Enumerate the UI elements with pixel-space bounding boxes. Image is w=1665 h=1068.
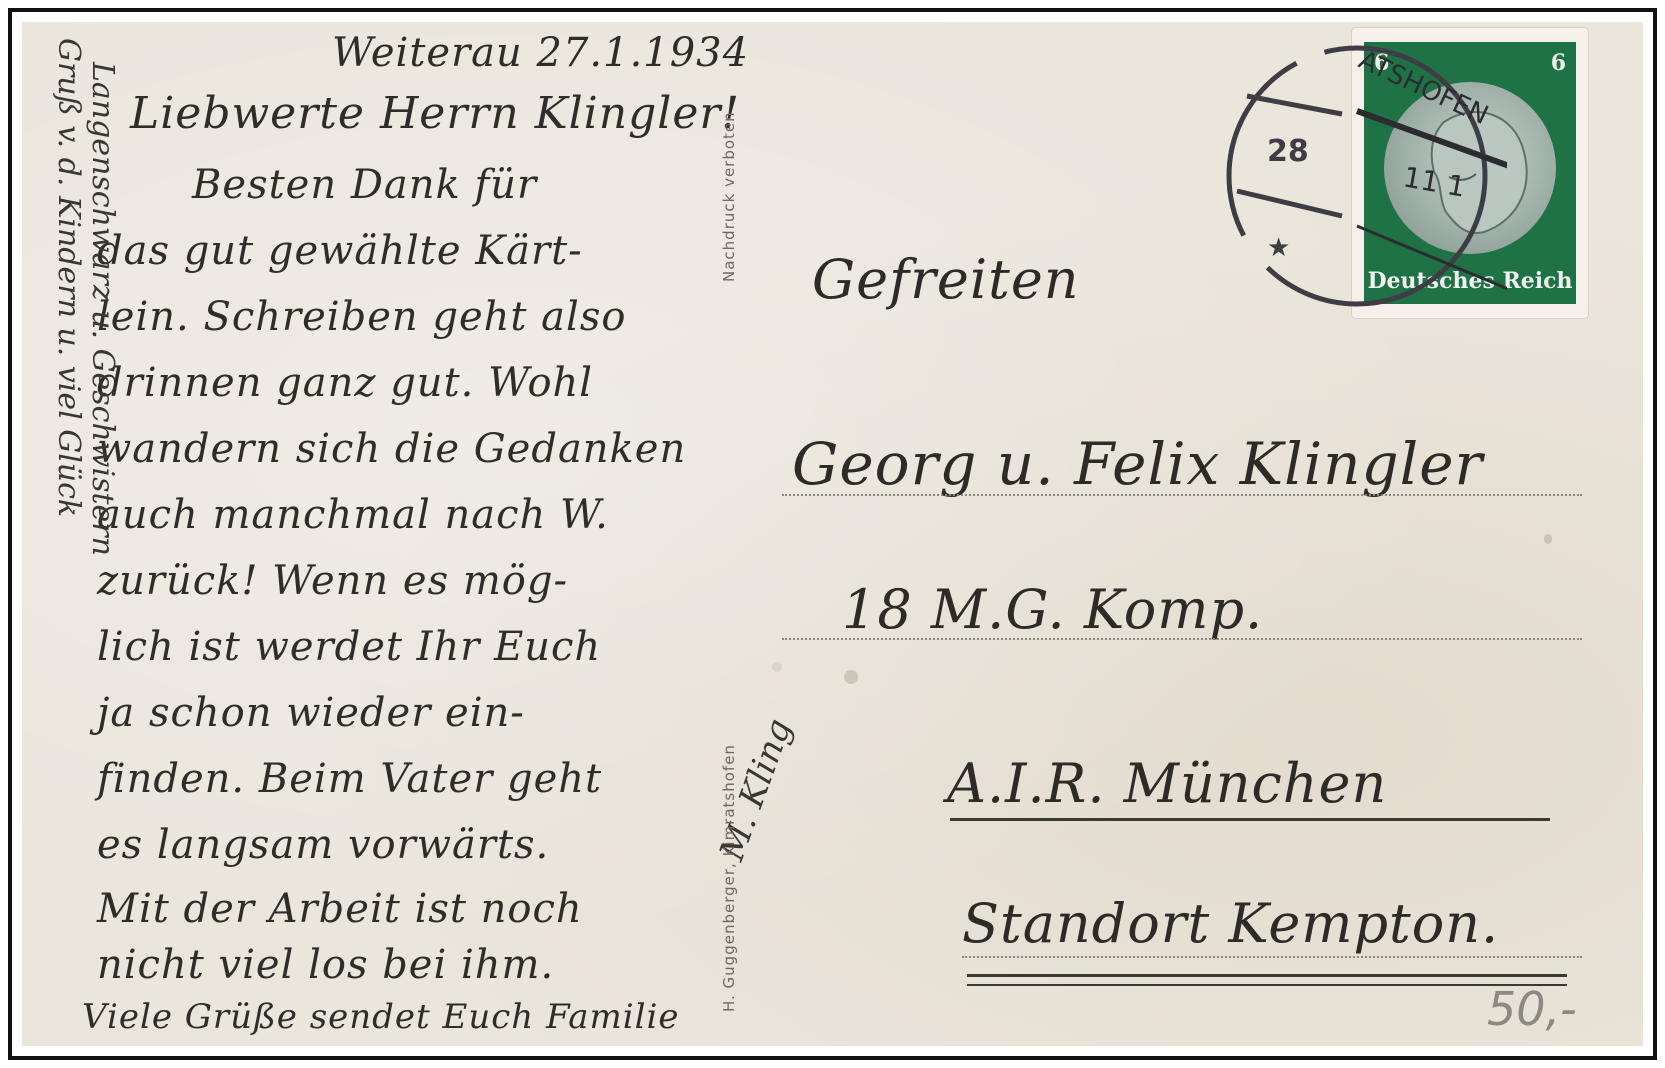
letter-line-5: wandern sich die Gedanken bbox=[97, 426, 686, 472]
letter-line-3: lein. Schreiben geht also bbox=[97, 294, 626, 340]
address-unit: 18 M.G. Komp. bbox=[842, 578, 1263, 641]
letter-line-2: das gut gewählte Kärt- bbox=[97, 228, 583, 274]
letter-date-line: Weiterau 27.1.1934 bbox=[332, 30, 749, 76]
letter-line-8: lich ist werdet Ihr Euch bbox=[97, 624, 601, 670]
letter-line-14: Viele Grüße sendet Euch Familie bbox=[82, 997, 680, 1037]
letter-line-1: Besten Dank für bbox=[192, 162, 537, 208]
address-regiment: A.I.R. München bbox=[947, 752, 1387, 815]
margin-note-inner: Langenschwarz u. Geschwistern bbox=[85, 62, 120, 556]
svg-text:28: 28 bbox=[1267, 134, 1309, 169]
postcard-frame: Weiterau 27.1.1934 Liebwerte Herrn Kling… bbox=[8, 8, 1657, 1060]
margin-note-outer: Gruß v. d. Kindern u. viel Glück bbox=[51, 38, 86, 517]
address-location: Standort Kempton. bbox=[962, 892, 1499, 955]
letter-line-7: zurück! Wenn es mög- bbox=[97, 558, 568, 604]
postcard: Weiterau 27.1.1934 Liebwerte Herrn Kling… bbox=[22, 22, 1643, 1046]
letter-line-10: finden. Beim Vater geht bbox=[97, 756, 602, 802]
address-name: Georg u. Felix Klingler bbox=[792, 430, 1483, 498]
address-rank: Gefreiten bbox=[812, 248, 1080, 311]
letter-line-6: auch manchmal nach W. bbox=[97, 492, 609, 538]
address-line-2 bbox=[782, 638, 1582, 640]
address-double-underline-top bbox=[967, 974, 1567, 977]
address-line-4 bbox=[962, 956, 1582, 958]
stamp-value-right: 6 bbox=[1551, 50, 1566, 76]
letter-line-4: drinnen ganz gut. Wohl bbox=[97, 360, 593, 406]
letter-line-12: Mit der Arbeit ist noch bbox=[97, 886, 583, 932]
printed-reproduction-notice: Nachdruck verboten bbox=[720, 111, 738, 282]
pencil-price-note: 50,- bbox=[1487, 982, 1577, 1036]
address-underline-regiment bbox=[950, 818, 1550, 821]
letter-line-11: es langsam vorwärts. bbox=[97, 822, 549, 868]
letter-line-13: nicht viel los bei ihm. bbox=[97, 942, 554, 988]
letter-greeting: Liebwerte Herrn Klingler! bbox=[130, 88, 740, 139]
address-double-underline-bottom bbox=[967, 984, 1567, 986]
svg-text:★: ★ bbox=[1267, 233, 1290, 263]
stain-spot bbox=[1544, 534, 1552, 544]
printed-publisher: H. Guggenberger, Kimratshofen bbox=[720, 744, 738, 1012]
address-line-1 bbox=[782, 494, 1582, 496]
stain-spot bbox=[772, 662, 782, 672]
svg-text:11 1: 11 1 bbox=[1401, 160, 1468, 203]
postmark-cancellation-icon: 28 ★ 11 1 ATSHOFEN bbox=[1207, 26, 1507, 326]
letter-line-9: ja schon wieder ein- bbox=[97, 690, 525, 736]
stain-spot bbox=[844, 670, 858, 684]
